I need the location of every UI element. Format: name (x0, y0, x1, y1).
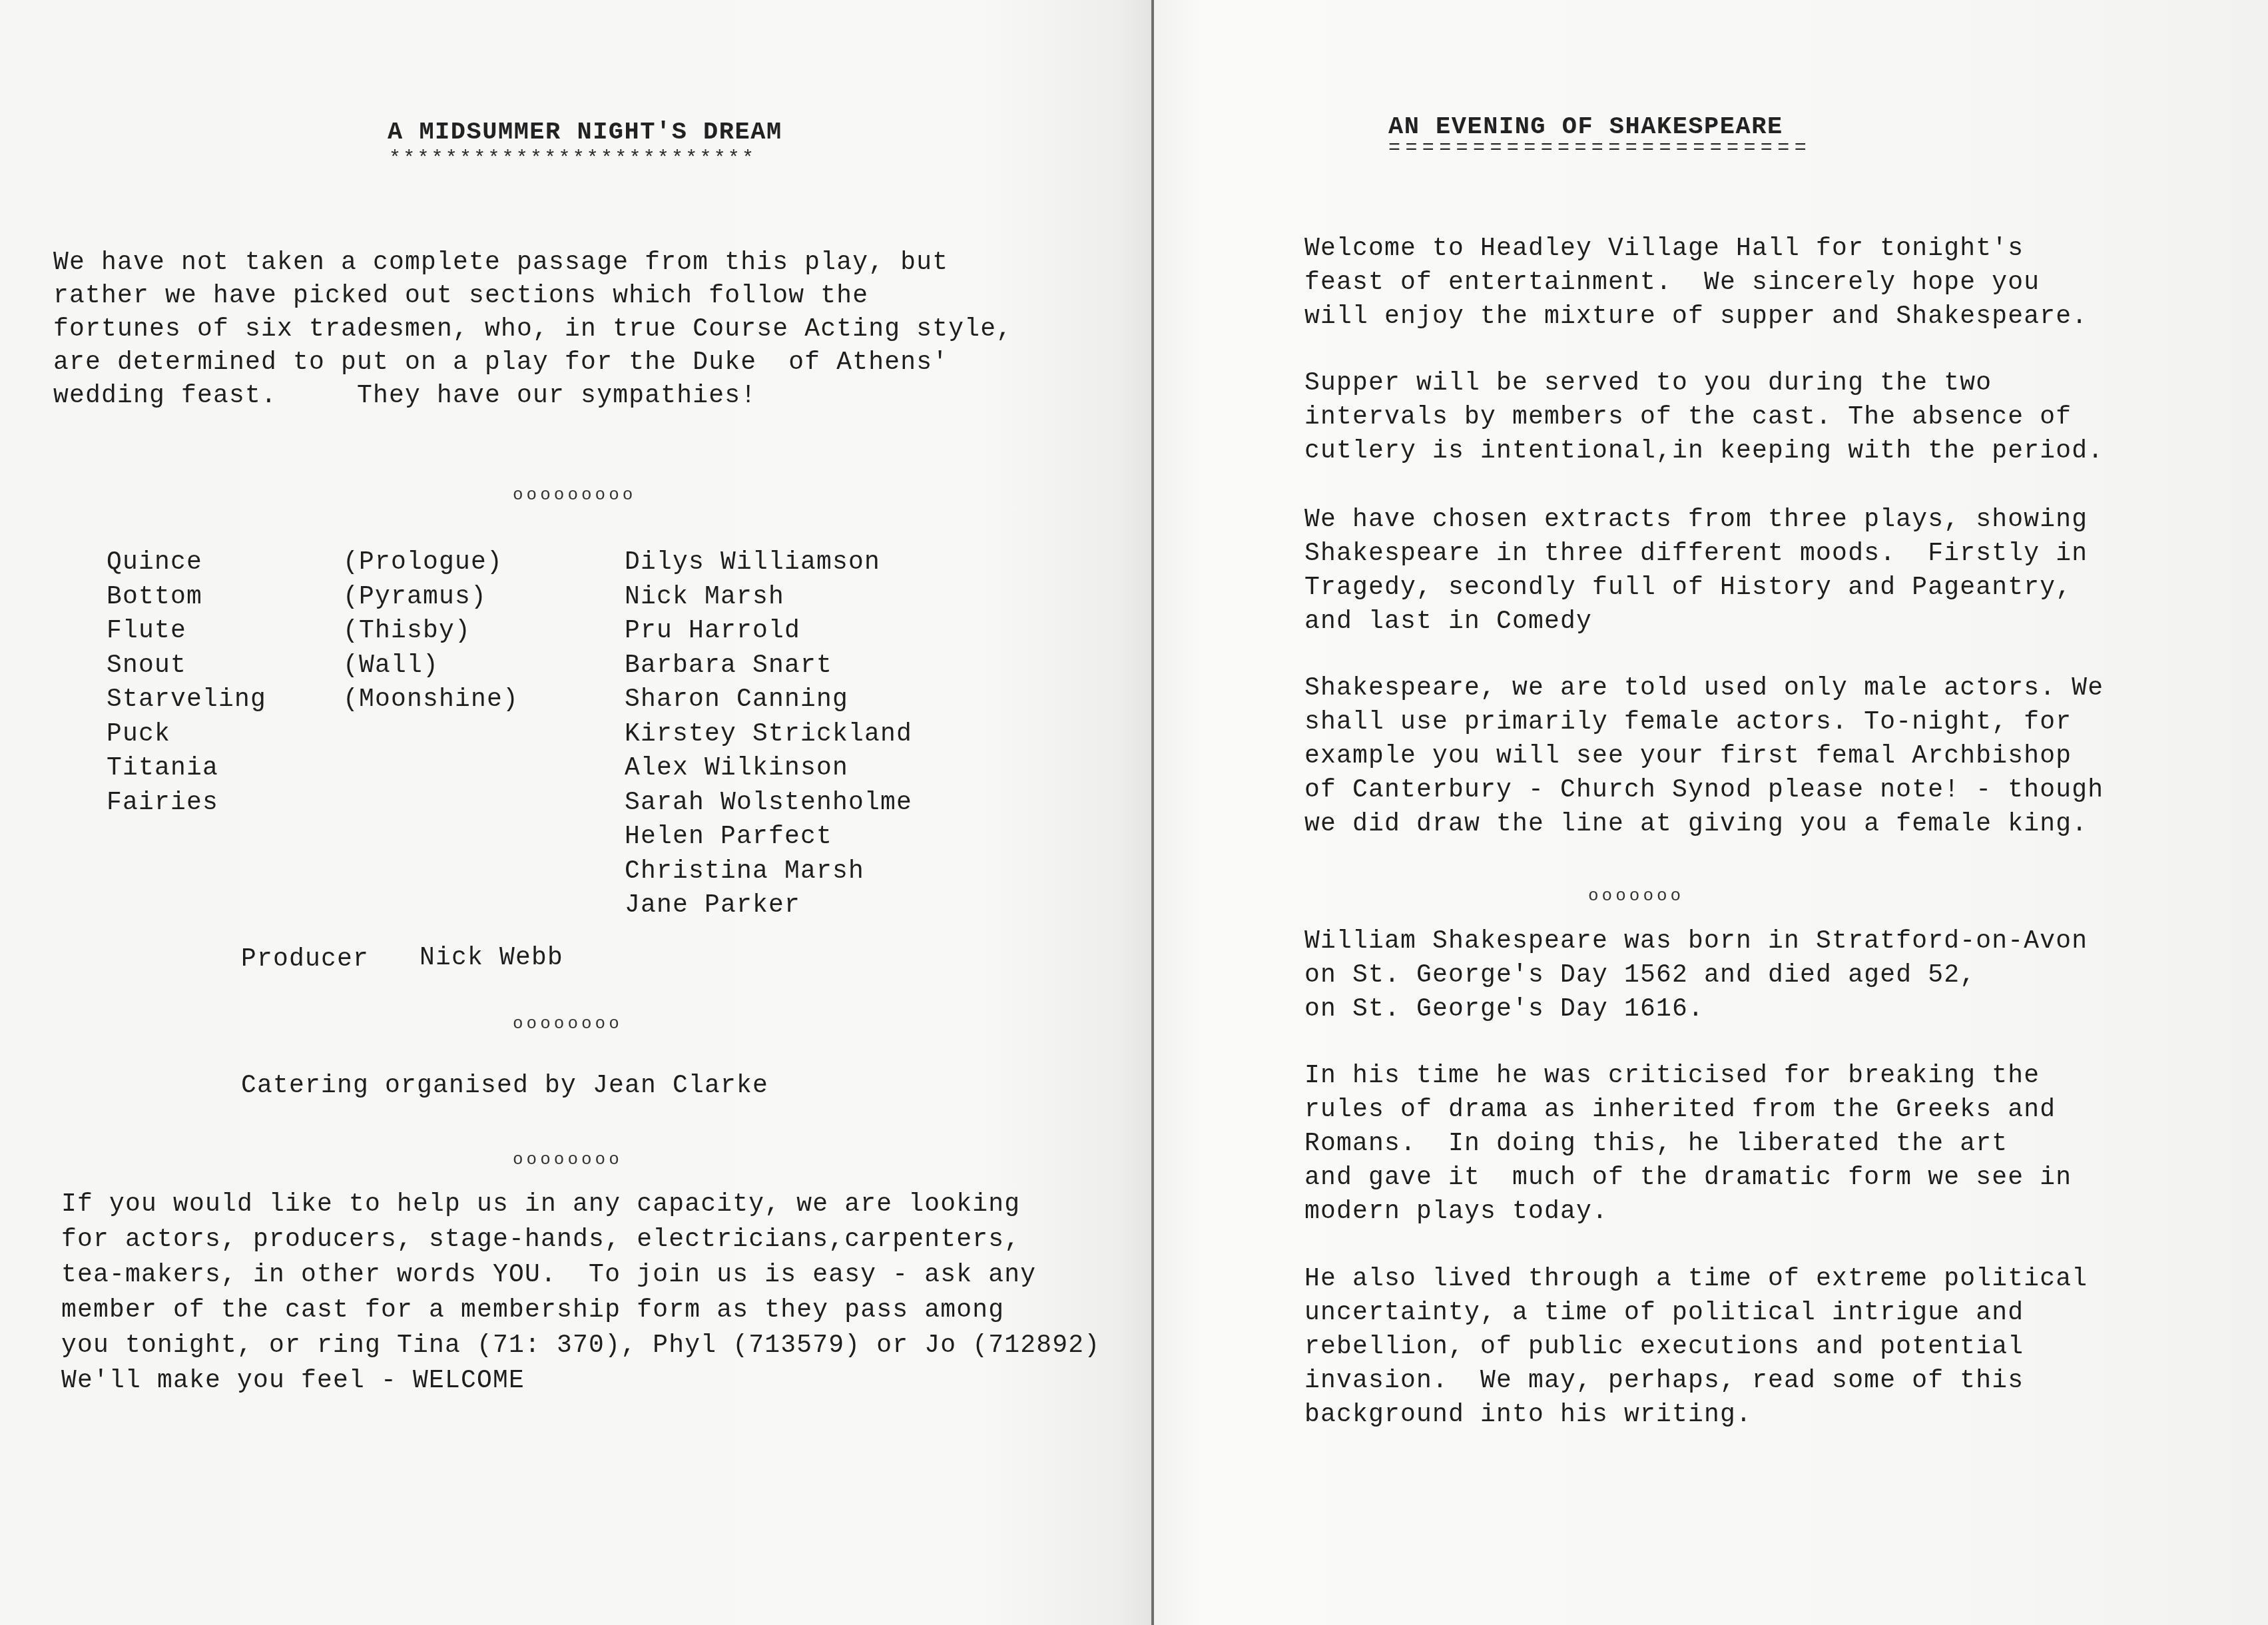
paragraph-line: on St. George's Day 1616. (1304, 992, 2088, 1026)
paragraph-line: shall use primarily female actors. To-ni… (1304, 705, 2104, 739)
evening-title-rule: ========================= (1388, 137, 1811, 160)
right-page: AN EVENING OF SHAKESPEARE ==============… (1154, 0, 2268, 1625)
cast-role: (Wall) (343, 649, 439, 683)
midsummer-intro: We have not taken a complete passage fro… (53, 246, 1012, 413)
appeal-line: We'll make you feel - WELCOME (61, 1363, 1100, 1399)
paragraph-line: William Shakespeare was born in Stratfor… (1304, 924, 2088, 958)
intro-line: rather we have picked out sections which… (53, 280, 1012, 313)
cast-actor: Christina Marsh (625, 855, 864, 888)
actors-paragraph: Shakespeare, we are told used only male … (1304, 671, 2104, 841)
cast-role: (Prologue) (343, 546, 503, 579)
cast-actor: Jane Parker (625, 889, 800, 922)
politics-paragraph: He also lived through a time of extreme … (1304, 1262, 2088, 1432)
cast-row: Helen Parfect (0, 820, 999, 855)
cast-character: Fairies (107, 787, 218, 820)
intro-line: are determined to put on a play for the … (53, 346, 1012, 380)
separator-dots: oooooooo (513, 1014, 623, 1034)
cast-row: PuckKirstey Strickland (0, 718, 999, 753)
paragraph-line: feast of entertainment. We sincerely hop… (1304, 266, 2088, 300)
cast-row: Jane Parker (0, 889, 999, 924)
welcome-paragraph: Welcome to Headley Village Hall for toni… (1304, 232, 2088, 334)
paragraph-line: and gave it much of the dramatic form we… (1304, 1161, 2072, 1195)
paragraph-line: Tragedy, secondly full of History and Pa… (1304, 571, 2088, 605)
cast-row: Flute(Thisby)Pru Harrold (0, 615, 999, 649)
cast-row: FairiesSarah Wolstenholme (0, 787, 999, 821)
membership-appeal: If you would like to help us in any capa… (61, 1187, 1100, 1399)
cast-character: Puck (107, 718, 170, 751)
producer-name: Nick Webb (420, 942, 563, 975)
cast-row: Christina Marsh (0, 855, 999, 890)
cast-row: Bottom(Pyramus)Nick Marsh (0, 581, 999, 615)
producer-label: Producer (241, 943, 369, 976)
cast-row: Snout(Wall)Barbara Snart (0, 649, 999, 684)
intro-line: wedding feast. They have our sympathies! (53, 380, 1012, 413)
paragraph-line: Shakespeare in three different moods. Fi… (1304, 537, 2088, 571)
intro-line: fortunes of six tradesmen, who, in true … (53, 313, 1012, 346)
drama-paragraph: In his time he was criticised for breaki… (1304, 1059, 2072, 1229)
appeal-line: member of the cast for a membership form… (61, 1293, 1100, 1328)
paragraph-line: rebellion, of public executions and pote… (1304, 1330, 2088, 1364)
cast-row: Starveling(Moonshine)Sharon Canning (0, 683, 999, 718)
intro-line: We have not taken a complete passage fro… (53, 246, 1012, 280)
paragraph-line: Romans. In doing this, he liberated the … (1304, 1127, 2072, 1161)
paragraph-line: Supper will be served to you during the … (1304, 366, 2104, 400)
paragraph-line: Welcome to Headley Village Hall for toni… (1304, 232, 2088, 266)
appeal-line: tea-makers, in other words YOU. To join … (61, 1257, 1100, 1293)
paragraph-line: we did draw the line at giving you a fem… (1304, 807, 2104, 841)
catering-credit: Catering organised by Jean Clarke (241, 1070, 768, 1103)
supper-paragraph: Supper will be served to you during the … (1304, 366, 2104, 468)
cast-character: Snout (107, 649, 186, 683)
cast-character: Titania (107, 752, 218, 785)
cast-list: Quince(Prologue)Dilys WilliamsonBottom(P… (0, 546, 1065, 946)
cast-actor: Kirstey Strickland (625, 718, 912, 751)
birth-paragraph: William Shakespeare was born in Stratfor… (1304, 924, 2088, 1026)
paragraph-line: intervals by members of the cast. The ab… (1304, 400, 2104, 434)
left-page: A MIDSUMMER NIGHT'S DREAM **************… (0, 0, 1152, 1625)
appeal-line: you tonight, or ring Tina (71: 370), Phy… (61, 1328, 1100, 1363)
cast-role: (Pyramus) (343, 581, 487, 614)
appeal-line: for actors, producers, stage-hands, elec… (61, 1222, 1100, 1257)
cast-character: Quince (107, 546, 202, 579)
paragraph-line: Shakespeare, we are told used only male … (1304, 671, 2104, 705)
paragraph-line: example you will see your first femal Ar… (1304, 739, 2104, 773)
cast-actor: Helen Parfect (625, 820, 832, 854)
paragraph-line: modern plays today. (1304, 1195, 2072, 1229)
cast-actor: Sharon Canning (625, 683, 848, 717)
midsummer-title-rule: ************************** (389, 148, 756, 170)
paragraph-line: of Canterbury - Church Synod please note… (1304, 773, 2104, 807)
cast-actor: Barbara Snart (625, 649, 832, 683)
cast-role: (Thisby) (343, 615, 471, 648)
cast-actor: Sarah Wolstenholme (625, 787, 912, 820)
cast-character: Starveling (107, 683, 266, 717)
cast-actor: Nick Marsh (625, 581, 784, 614)
paragraph-line: cutlery is intentional,in keeping with t… (1304, 434, 2104, 468)
separator-dots: oooooooo (513, 1149, 623, 1169)
paragraph-line: on St. George's Day 1562 and died aged 5… (1304, 958, 2088, 992)
paragraph-line: rules of drama as inherited from the Gre… (1304, 1093, 2072, 1127)
cast-row: Quince(Prologue)Dilys Williamson (0, 546, 999, 581)
separator-dots: ooooooo (1588, 886, 1684, 906)
paragraph-line: background into his writing. (1304, 1398, 2088, 1432)
cast-character: Bottom (107, 581, 202, 614)
paragraph-line: We have chosen extracts from three plays… (1304, 503, 2088, 537)
separator-dots: ooooooooo (513, 485, 636, 505)
paragraph-line: and last in Comedy (1304, 605, 2088, 639)
cast-role: (Moonshine) (343, 683, 519, 717)
midsummer-title: A MIDSUMMER NIGHT'S DREAM (388, 119, 782, 147)
paragraph-line: In his time he was criticised for breaki… (1304, 1059, 2072, 1093)
paragraph-line: invasion. We may, perhaps, read some of … (1304, 1364, 2088, 1398)
cast-actor: Alex Wilkinson (625, 752, 848, 785)
appeal-line: If you would like to help us in any capa… (61, 1187, 1100, 1222)
cast-actor: Dilys Williamson (625, 546, 880, 579)
paragraph-line: will enjoy the mixture of supper and Sha… (1304, 300, 2088, 334)
paragraph-line: uncertainty, a time of political intrigu… (1304, 1296, 2088, 1330)
cast-character: Flute (107, 615, 186, 648)
extracts-paragraph: We have chosen extracts from three plays… (1304, 503, 2088, 639)
paragraph-line: He also lived through a time of extreme … (1304, 1262, 2088, 1296)
cast-actor: Pru Harrold (625, 615, 800, 648)
cast-row: TitaniaAlex Wilkinson (0, 752, 999, 787)
